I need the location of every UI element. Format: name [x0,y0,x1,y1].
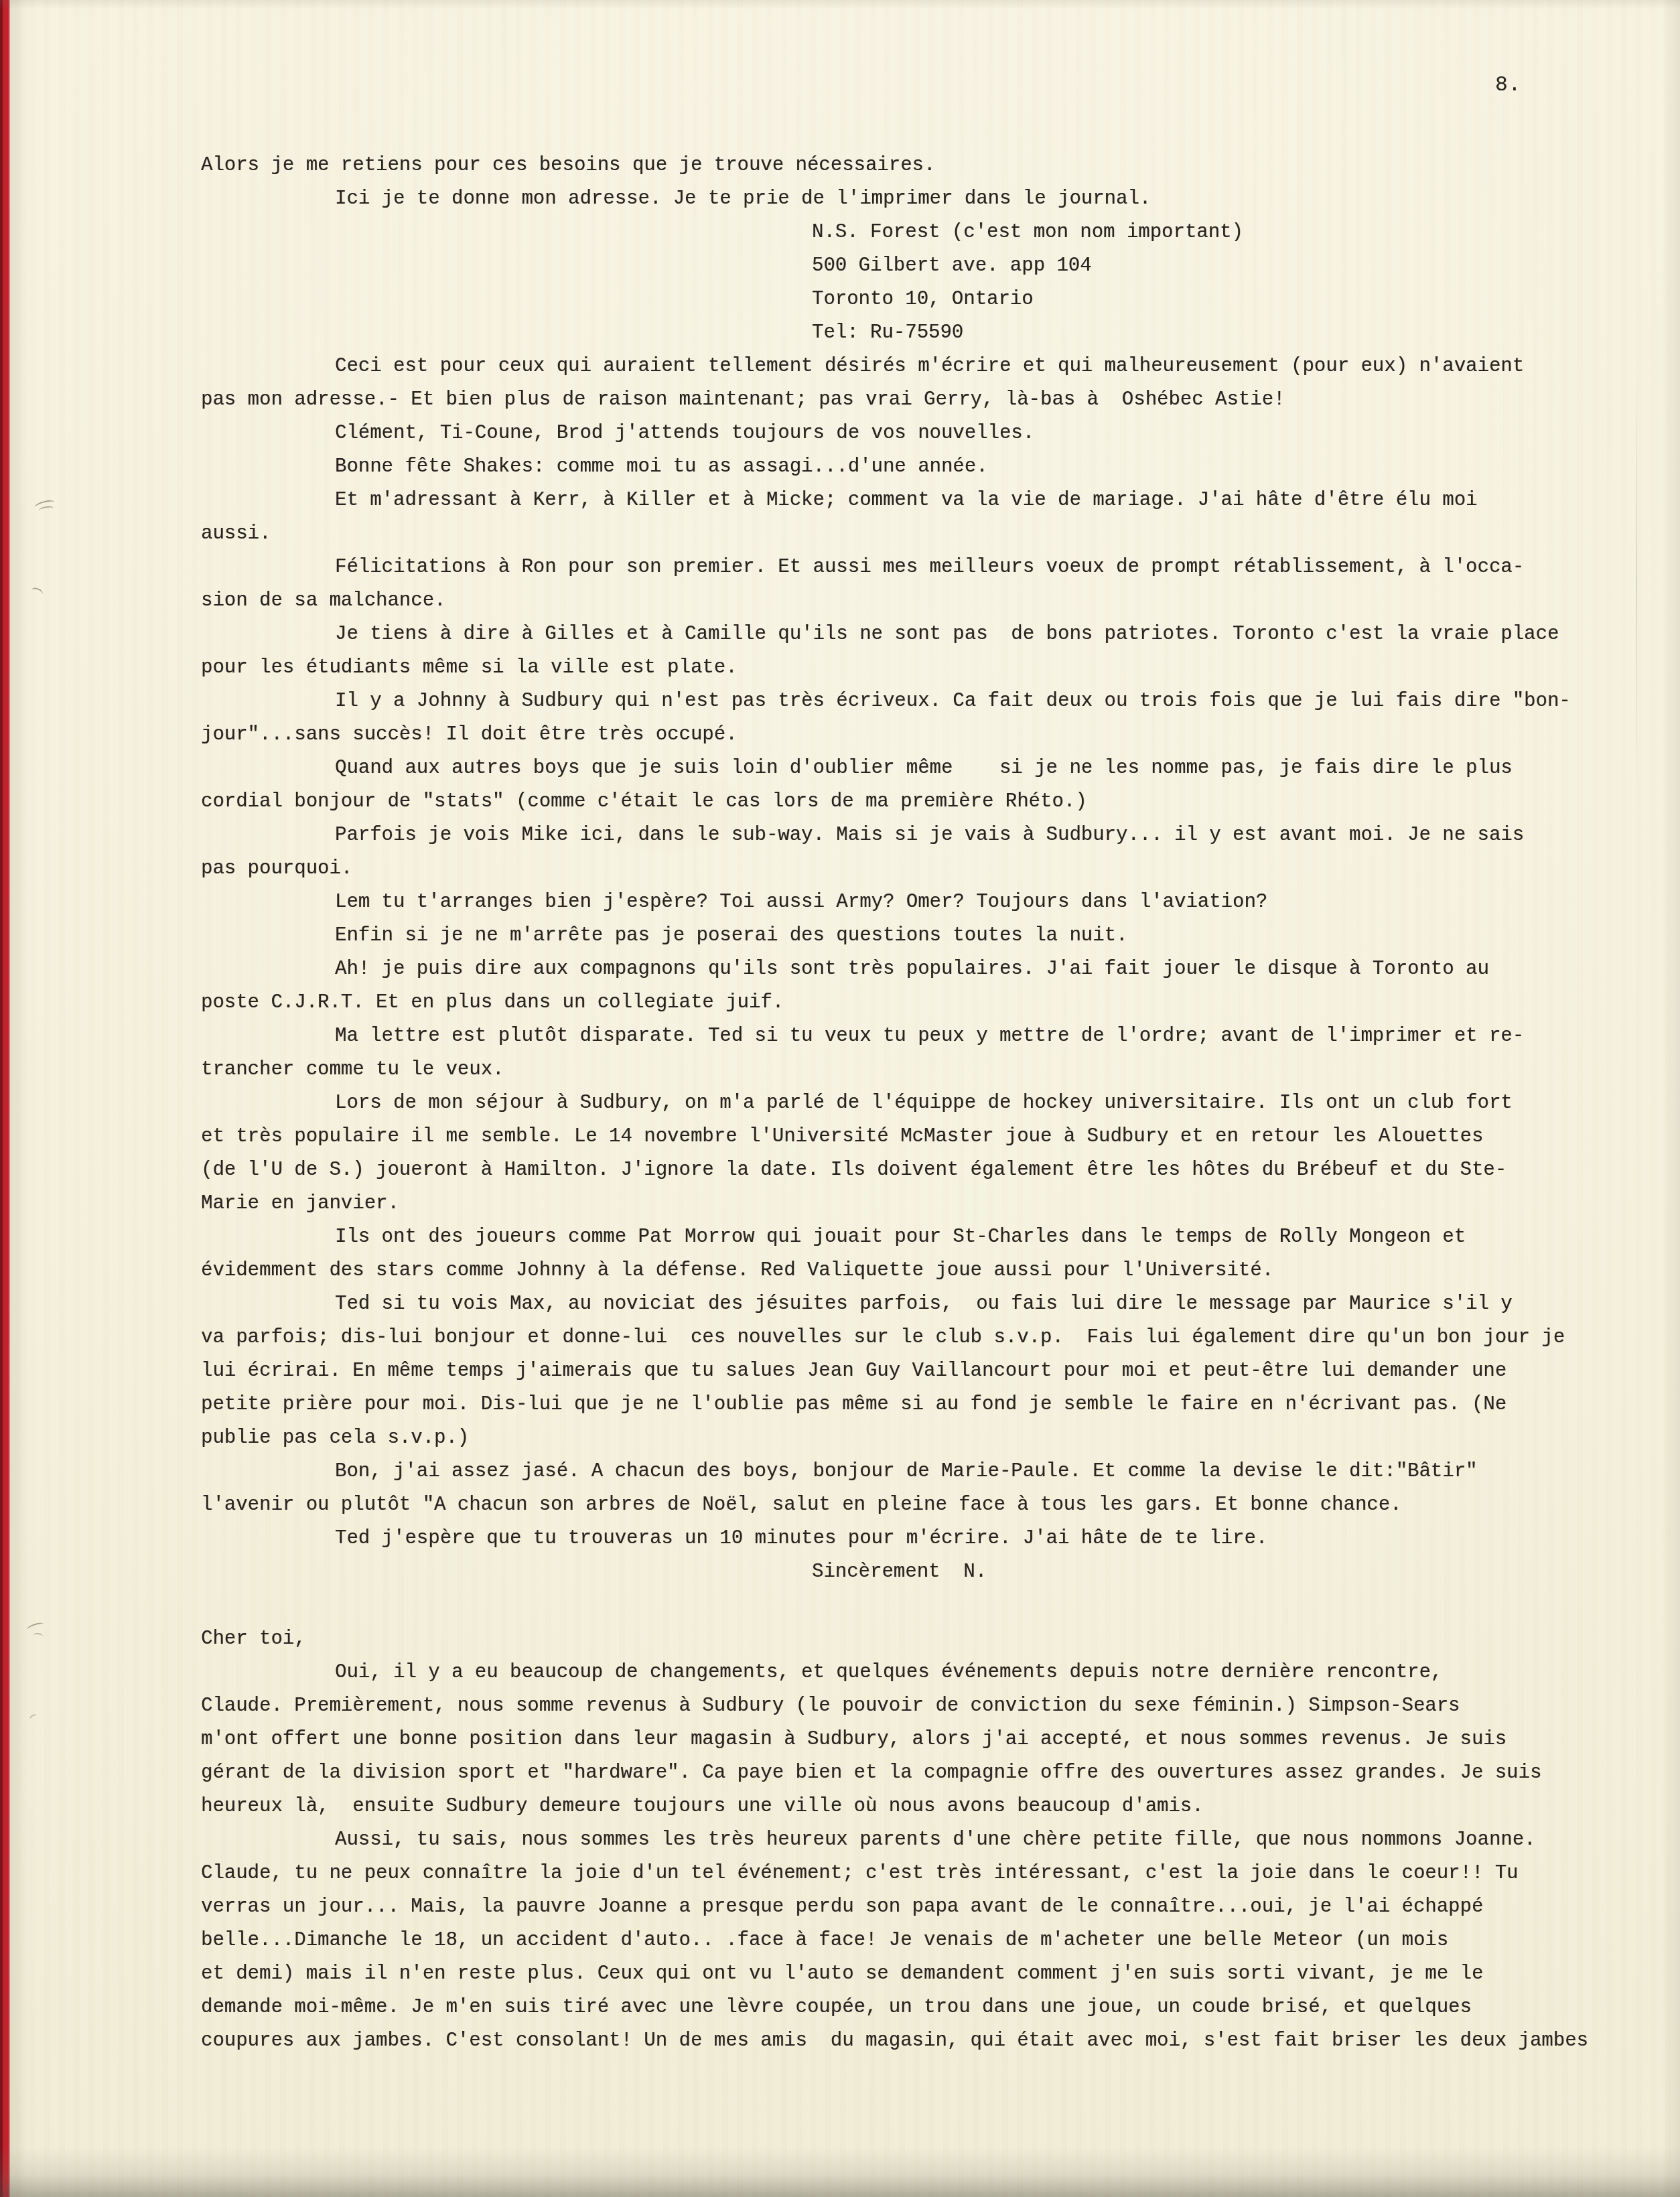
document-line: Toronto 10, Ontario [201,283,1621,316]
document-line: Claude, tu ne peux connaître la joie d'u… [201,1857,1621,1890]
document-line: petite prière pour moi. Dis-lui que je n… [201,1388,1621,1421]
document-line: Parfois je vois Mike ici, dans le sub-wa… [201,819,1621,852]
document-line: Je tiens à dire à Gilles et à Camille qu… [201,618,1621,651]
document-line: Tel: Ru-75590 [201,316,1621,350]
document-line: Alors je me retiens pour ces besoins que… [201,149,1621,182]
document-line: Marie en janvier. [201,1187,1621,1220]
document-line: va parfois; dis-lui bonjour et donne-lui… [201,1321,1621,1354]
document-line: demande moi-même. Je m'en suis tiré avec… [201,1991,1621,2024]
document-line: Il y a Johnny à Sudbury qui n'est pas tr… [201,685,1621,718]
paper-edge-shadow-right [1661,0,1680,2197]
document-line: Ted j'espère que tu trouveras un 10 minu… [201,1522,1621,1555]
document-line: publie pas cela s.v.p.) [201,1421,1621,1455]
document-line: heureux là, ensuite Sudbury demeure touj… [201,1790,1621,1823]
ink-smudge [33,1632,44,1639]
document-line: poste C.J.R.T. Et en plus dans un colleg… [201,986,1621,1019]
document-line: Lors de mon séjour à Sudbury, on m'a par… [201,1086,1621,1120]
document-line: Ted si tu vois Max, au noviciat des jésu… [201,1287,1621,1321]
document-line: Bon, j'ai assez jasé. A chacun des boys,… [201,1455,1621,1488]
document-line: Félicitations à Ron pour son premier. Et… [201,551,1621,584]
document-line: jour"...sans succès! Il doit être très o… [201,718,1621,752]
document-line: Bonne fête Shakes: comme moi tu as assag… [201,450,1621,484]
document-line: Ma lettre est plutôt disparate. Ted si t… [201,1019,1621,1053]
document-line: Sincèrement N. [201,1555,1621,1589]
document-line: aussi. [201,517,1621,551]
left-red-edge-stripe [0,0,10,2197]
document-line: pas mon adresse.- Et bien plus de raison… [201,383,1621,417]
scanned-letter-page: 8. Alors je me retiens pour ces besoins … [0,0,1680,2197]
ink-smudge [38,505,54,514]
document-line: sion de sa malchance. [201,584,1621,618]
document-line: Ici je te donne mon adresse. Je te prie … [201,182,1621,216]
paper-edge-shadow-top [0,0,1680,9]
document-line: Aussi, tu sais, nous sommes les très heu… [201,1823,1621,1857]
document-line: Claude. Premièrement, nous somme revenus… [201,1689,1621,1723]
scan-bottom-edge-shadow [0,2147,1680,2197]
document-line: trancher comme tu le veux. [201,1053,1621,1086]
document-line: 500 Gilbert ave. app 104 [201,249,1621,283]
ink-smudge [34,499,56,511]
document-line: coupures aux jambes. C'est consolant! Un… [201,2024,1621,2058]
document-line: pour les étudiants même si la ville est … [201,651,1621,685]
document-line: belle...Dimanche le 18, un accident d'au… [201,1924,1621,1957]
document-line: Cher toi, [201,1622,1621,1656]
document-line: (de l'U de S.) joueront à Hamilton. J'ig… [201,1153,1621,1187]
document-line: Quand aux autres boys que je suis loin d… [201,752,1621,785]
paper-crease [1636,375,1637,790]
document-line: N.S. Forest (c'est mon nom important) [201,216,1621,249]
page-number: 8. [1495,74,1521,97]
document-line [201,1589,1621,1622]
letter-lines: Alors je me retiens pour ces besoins que… [201,149,1621,2058]
document-line: et très populaire il me semble. Le 14 no… [201,1120,1621,1153]
document-line: Ceci est pour ceux qui auraient tellemen… [201,350,1621,383]
document-line: Lem tu t'arranges bien j'espère? Toi aus… [201,885,1621,919]
document-line: Enfin si je ne m'arrête pas je poserai d… [201,919,1621,952]
document-line: évidemment des stars comme Johnny à la d… [201,1254,1621,1287]
document-line: cordial bonjour de "stats" (comme c'étai… [201,785,1621,819]
ink-smudge [29,586,44,597]
document-line: Et m'adressant à Kerr, à Killer et à Mic… [201,484,1621,517]
document-line: lui écrirai. En même temps j'aimerais qu… [201,1354,1621,1388]
document-line: gérant de la division sport et "hardware… [201,1756,1621,1790]
document-line: Ah! je puis dire aux compagnons qu'ils s… [201,952,1621,986]
document-line: Oui, il y a eu beaucoup de changements, … [201,1656,1621,1689]
document-line: m'ont offert une bonne position dans leu… [201,1723,1621,1756]
document-line: et demi) mais il n'en reste plus. Ceux q… [201,1957,1621,1991]
document-line: l'avenir ou plutôt "A chacun son arbres … [201,1488,1621,1522]
document-line: pas pourquoi. [201,852,1621,885]
paper-edge-shadow-left [10,0,30,2197]
document-line: Clément, Ti-Coune, Brod j'attends toujou… [201,417,1621,450]
document-line: verras un jour... Mais, la pauvre Joanne… [201,1890,1621,1924]
document-line: Ils ont des joueurs comme Pat Morrow qui… [201,1220,1621,1254]
